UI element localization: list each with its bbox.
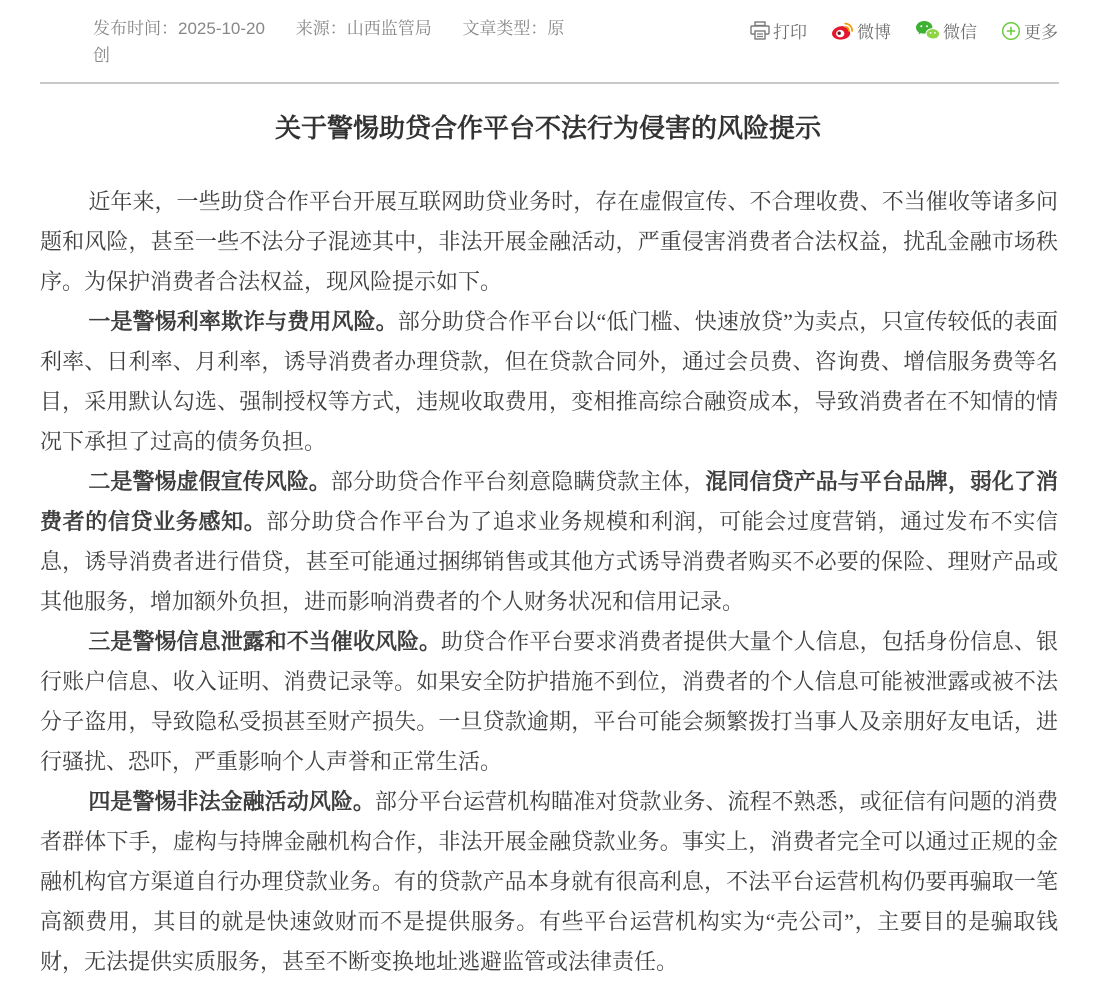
weibo-icon	[831, 20, 854, 41]
publish-date: 发布时间：2025-10-20	[93, 19, 265, 38]
paragraph-risk-4: 四是警惕非法金融活动风险。部分平台运营机构瞄准对贷款业务、流程不熟悉，或征信有问…	[40, 782, 1058, 982]
page-title: 关于警惕助贷合作平台不法行为侵害的风险提示	[40, 111, 1056, 145]
paragraph-risk-3: 三是警惕信息泄露和不当催收风险。助贷合作平台要求消费者提供大量个人信息，包括身份…	[40, 622, 1058, 782]
article-body: 近年来，一些助贷合作平台开展互联网助贷业务时，存在虚假宣传、不合理收费、不当催收…	[40, 182, 1058, 982]
more-label: 更多	[1024, 18, 1058, 43]
print-button[interactable]: 打印	[750, 18, 807, 43]
share-toolbar: 打印 微博	[750, 15, 1058, 43]
weibo-label: 微博	[857, 18, 891, 43]
article-page: 发布时间：2025-10-20 来源：山西监管局 文章类型：原创 打印	[0, 0, 1096, 986]
paragraph-text: 近年来，一些助贷合作平台开展互联网助贷业务时，存在虚假宣传、不合理收费、不当催收…	[40, 189, 1058, 294]
paragraph-lead: 二是警惕虚假宣传风险。	[88, 469, 330, 494]
plus-circle-icon	[1001, 21, 1021, 41]
wechat-label: 微信	[943, 18, 977, 43]
weibo-share-button[interactable]: 微博	[831, 18, 891, 43]
wechat-share-button[interactable]: 微信	[915, 18, 977, 43]
paragraph-text: 部分助贷合作平台刻意隐瞒贷款主体，	[331, 469, 706, 494]
paragraph-lead: 四是警惕非法金融活动风险。	[88, 789, 374, 814]
article-meta: 发布时间：2025-10-20 来源：山西监管局 文章类型：原创	[93, 15, 571, 69]
printer-icon	[750, 21, 770, 40]
article-header: 发布时间：2025-10-20 来源：山西监管局 文章类型：原创 打印	[0, 0, 1096, 69]
more-share-button[interactable]: 更多	[1001, 18, 1058, 43]
paragraph-risk-1: 一是警惕利率欺诈与费用风险。部分助贷合作平台以“低门槛、快速放贷”为卖点，只宣传…	[40, 302, 1058, 462]
wechat-icon	[915, 20, 940, 41]
source: 来源：山西监管局	[296, 19, 432, 38]
paragraph-lead: 一是警惕利率欺诈与费用风险。	[88, 309, 397, 334]
header-divider	[40, 82, 1059, 84]
paragraph-lead: 三是警惕信息泄露和不当催收风险。	[88, 629, 441, 654]
paragraph-risk-2: 二是警惕虚假宣传风险。部分助贷合作平台刻意隐瞒贷款主体，混同信贷产品与平台品牌，…	[40, 462, 1058, 622]
paragraph-intro: 近年来，一些助贷合作平台开展互联网助贷业务时，存在虚假宣传、不合理收费、不当催收…	[40, 182, 1058, 302]
print-label: 打印	[773, 18, 807, 43]
paragraph-text: 部分平台运营机构瞄准对贷款业务、流程不熟悉，或征信有问题的消费者群体下手，虚构与…	[40, 789, 1058, 974]
